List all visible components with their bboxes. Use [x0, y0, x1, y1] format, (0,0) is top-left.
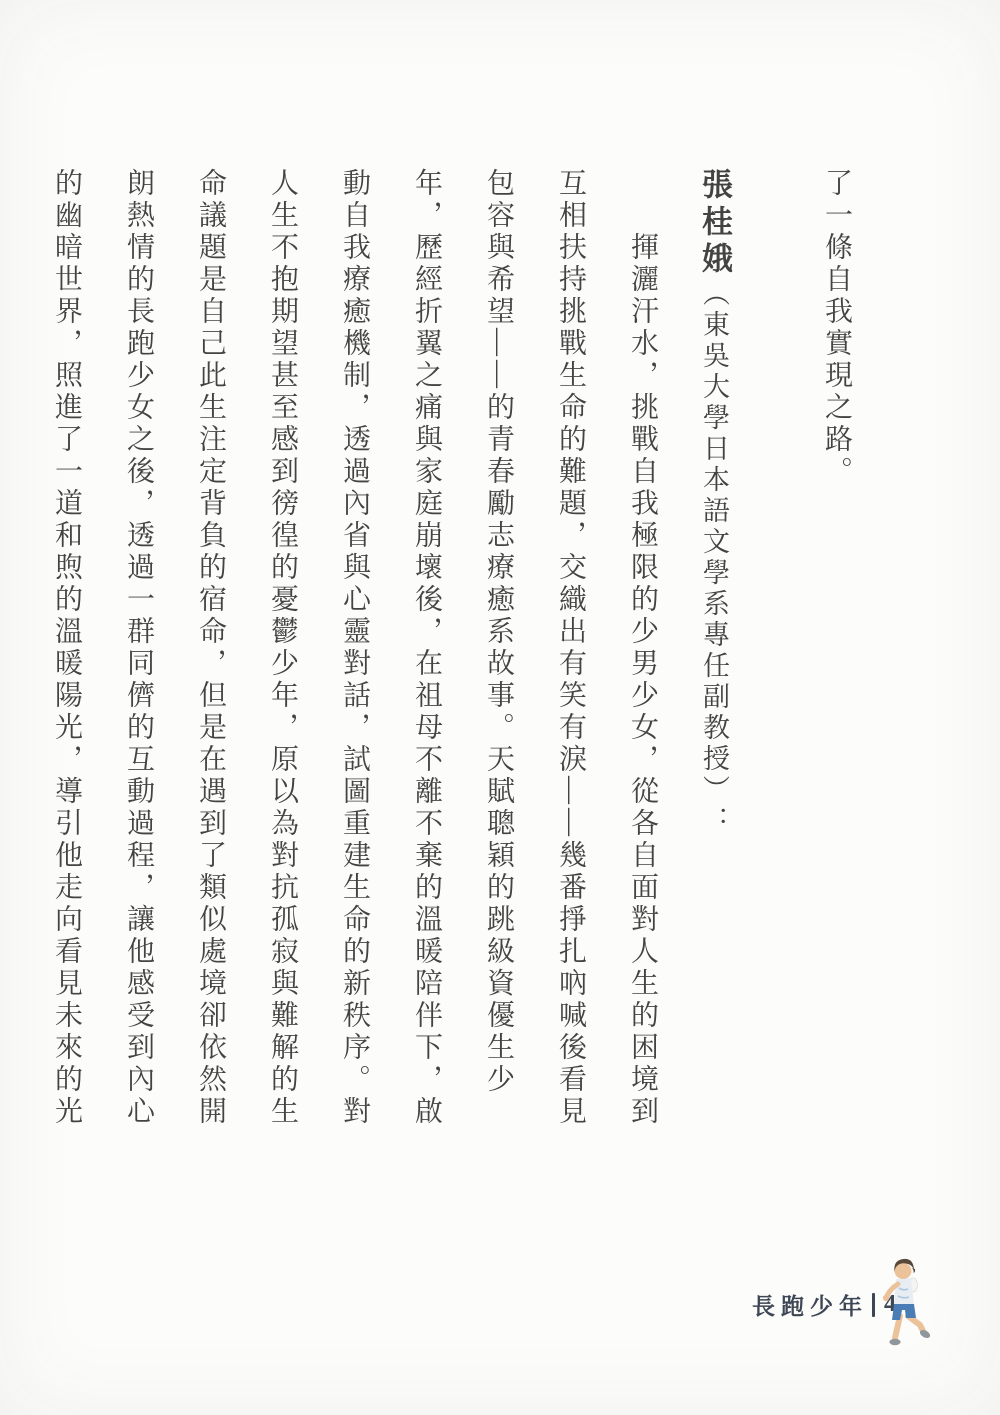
vertical-text-block: 了一條自我實現之路。 張桂娥（東吳大學日本語文學系專任副教授）： 揮灑汗水，挑戰… — [30, 168, 872, 1178]
running-boy-illustration — [872, 1252, 936, 1352]
body-line: 朗熱情的長跑少女之後，透過一群同儕的互動過程，讓他感受到內心 — [102, 168, 174, 1178]
body-line: 揮灑汗水，挑戰自我極限的少男少女，從各自面對人生的困境到 — [606, 168, 678, 1178]
author-name: 張桂娥 — [697, 168, 732, 279]
body-line: 包容與希望——的青春勵志療癒系故事。天賦聰穎的跳級資優生少 — [462, 168, 534, 1178]
intro-line: 了一條自我實現之路。 — [800, 168, 872, 1178]
book-page: 了一條自我實現之路。 張桂娥（東吳大學日本語文學系專任副教授）： 揮灑汗水，挑戰… — [0, 0, 1000, 1415]
author-line: 張桂娥（東吳大學日本語文學系專任副教授）： — [678, 168, 750, 1178]
body-line: 年，歷經折翼之痛與家庭崩壞後，在祖母不離不棄的溫暖陪伴下，啟 — [390, 168, 462, 1178]
body-line: 人生不抱期望甚至感到徬徨的憂鬱少年，原以為對抗孤寂與難解的生 — [246, 168, 318, 1178]
footer-book-title: 長跑少年 — [752, 1288, 868, 1321]
body-line: 動自我療癒機制，透過內省與心靈對話，試圖重建生命的新秩序。對 — [318, 168, 390, 1178]
body-line: 命議題是自己此生注定背負的宿命，但是在遇到了類似處境卻依然開 — [174, 168, 246, 1178]
body-line: 互相扶持挑戰生命的難題，交織出有笑有淚——幾番掙扎吶喊後看見 — [534, 168, 606, 1178]
body-line: 的幽暗世界，照進了一道和煦的溫暖陽光，導引他走向看見未來的光 — [30, 168, 102, 1178]
author-affiliation: （東吳大學日本語文學系專任副教授）： — [699, 279, 729, 837]
